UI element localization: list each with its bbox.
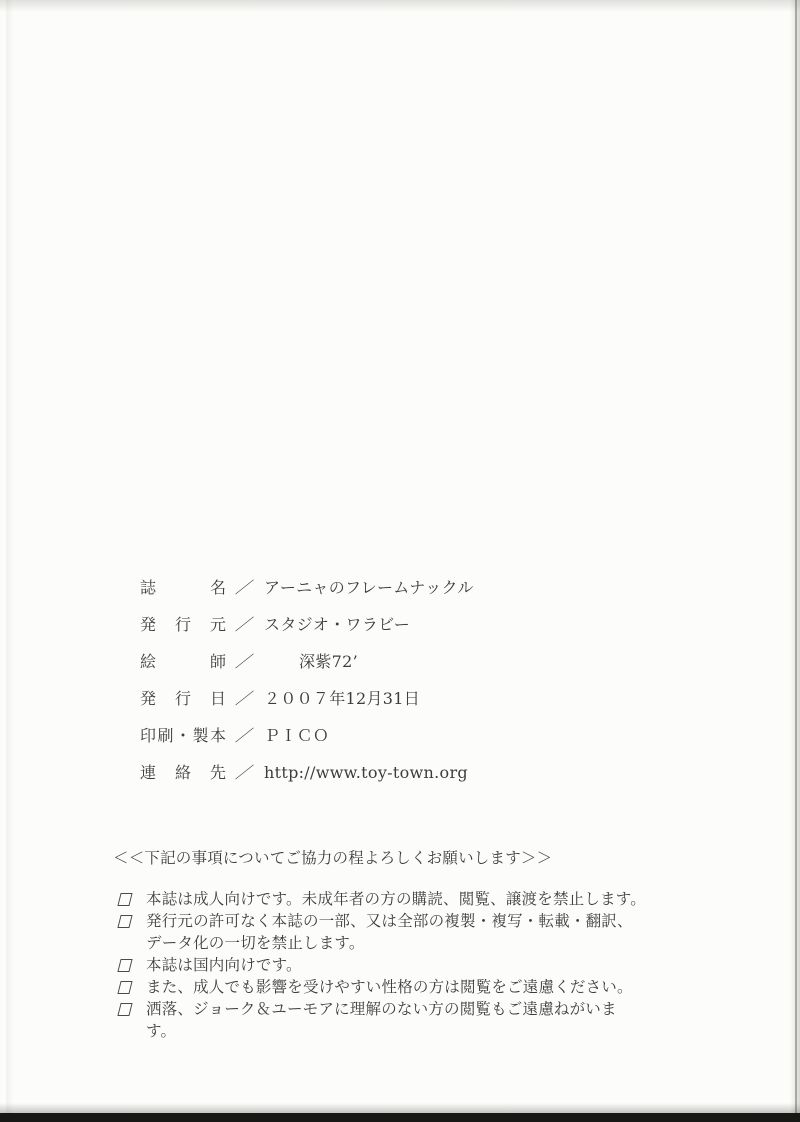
page-top-shade: [0, 0, 800, 12]
separator-slash: ／: [235, 615, 251, 635]
colophon-value-printer: ＰＩＣＯ: [264, 726, 329, 746]
colophon-row-printer: 印刷・製本 ／ ＰＩＣＯ: [140, 726, 474, 763]
colophon-value-title: アーニャのフレームナックル: [264, 578, 474, 598]
checkbox-icon: [117, 915, 132, 928]
colophon-row-title: 誌名 ／ アーニャのフレームナックル: [140, 578, 474, 615]
notice-heading: ＜＜下記の事項についてご協力の程よろしくお願いします＞＞: [113, 848, 646, 868]
colophon-row-date: 発行日 ／ ２００７年12月31日: [140, 689, 474, 726]
page-left-shade: [6, 0, 14, 1122]
notice-item-text: また、成人でも影響を受けやすい性格の方は閲覧をご遠慮ください。: [146, 976, 646, 998]
colophon-value-date: ２００７年12月31日: [264, 689, 420, 709]
checkbox-icon: [117, 1003, 132, 1016]
separator-slash: ／: [235, 689, 251, 709]
list-item: 本誌は国内向けです。: [113, 954, 646, 976]
list-item: また、成人でも影響を受けやすい性格の方は閲覧をご遠慮ください。: [113, 976, 646, 998]
colophon-row-publisher: 発行元 ／ スタジオ・ワラビー: [140, 615, 474, 652]
scanned-colophon-page: { "page": { "background": "#fcfcfa", "in…: [0, 0, 800, 1122]
colophon-label: 印刷・製本: [140, 726, 226, 746]
separator-slash: ／: [235, 652, 251, 672]
notice-item-text: 本誌は国内向けです。: [146, 954, 646, 976]
colophon-value-contact-url: http://www.toy-town.org: [264, 763, 468, 783]
page-right-edge-line: [795, 0, 797, 1122]
notice-item-text: 発行元の許可なく本誌の一部、又は全部の複製・複写・転載・翻訳、データ化の一切を禁…: [146, 910, 646, 954]
checkbox-icon: [117, 893, 132, 906]
colophon-label: 誌名: [140, 578, 226, 598]
page-bottom-shadow: [0, 1103, 800, 1113]
colophon-row-contact: 連絡先 ／ http://www.toy-town.org: [140, 763, 474, 800]
separator-slash: ／: [235, 763, 251, 783]
checkbox-icon: [117, 981, 132, 994]
list-item: 本誌は成人向けです。未成年者の方の購読、閲覧、譲渡を禁止します。: [113, 888, 646, 910]
checkbox-icon: [117, 959, 132, 972]
notice-block: ＜＜下記の事項についてご協力の程よろしくお願いします＞＞ 本誌は成人向けです。未…: [113, 848, 646, 1042]
colophon-row-artist: 絵師 ／ 深紫72’: [140, 652, 474, 689]
colophon-label: 発行元: [140, 615, 226, 635]
colophon-label: 絵師: [140, 652, 226, 672]
list-item: 発行元の許可なく本誌の一部、又は全部の複製・複写・転載・翻訳、データ化の一切を禁…: [113, 910, 646, 954]
notice-item-text: 洒落、ジョーク＆ユーモアに理解のない方の閲覧もご遠慮ねがいます。: [146, 998, 646, 1042]
page-bottom-bar: [0, 1113, 800, 1122]
colophon-label: 連絡先: [140, 763, 226, 783]
colophon-label: 発行日: [140, 689, 226, 709]
list-item: 洒落、ジョーク＆ユーモアに理解のない方の閲覧もご遠慮ねがいます。: [113, 998, 646, 1042]
separator-slash: ／: [235, 726, 251, 746]
separator-slash: ／: [235, 578, 251, 598]
notice-list: 本誌は成人向けです。未成年者の方の購読、閲覧、譲渡を禁止します。 発行元の許可な…: [113, 888, 646, 1042]
colophon-block: 誌名 ／ アーニャのフレームナックル 発行元 ／ スタジオ・ワラビー 絵師 ／ …: [140, 578, 474, 800]
colophon-value-artist: 深紫72’: [264, 652, 358, 672]
notice-item-text: 本誌は成人向けです。未成年者の方の購読、閲覧、譲渡を禁止します。: [146, 888, 646, 910]
page-right-shade: [790, 0, 800, 1122]
colophon-value-publisher: スタジオ・ワラビー: [264, 615, 410, 635]
